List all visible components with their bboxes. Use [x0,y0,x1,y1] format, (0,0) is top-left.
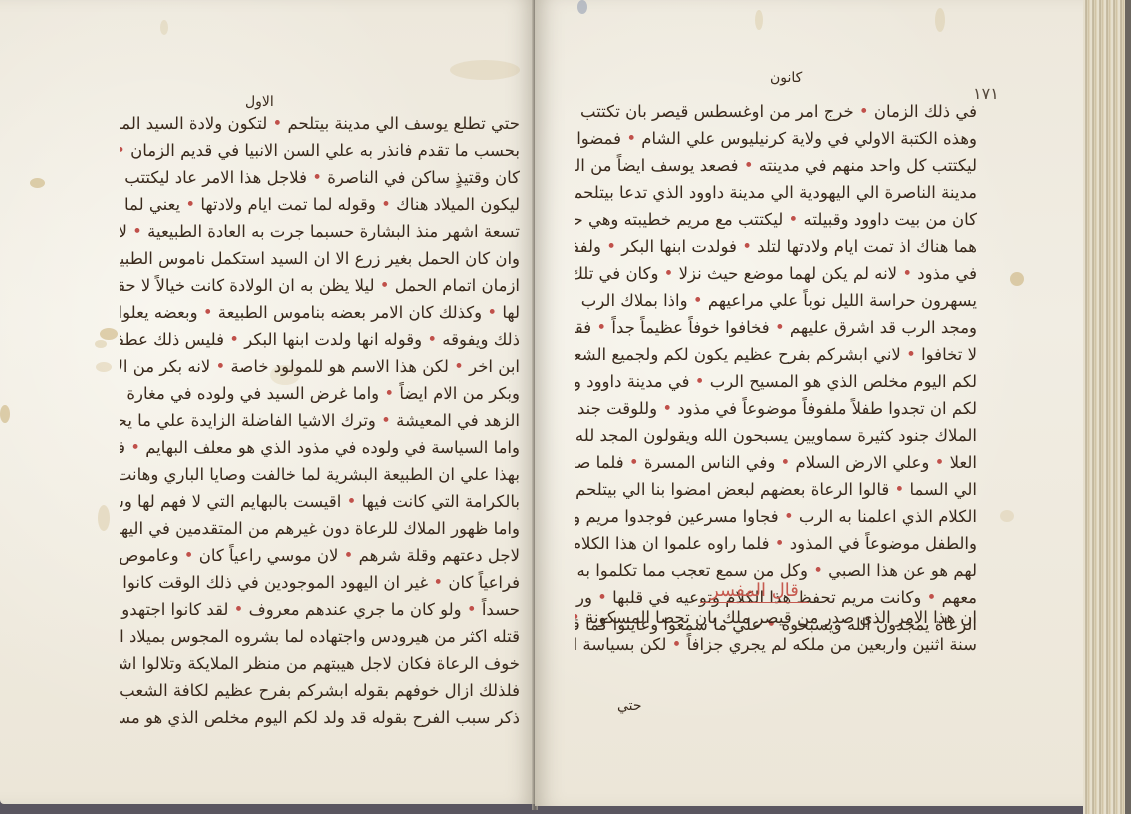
stain [755,10,763,30]
text-line: والطفل موضوعاً في المذود • فلما راوه علم… [575,530,977,557]
text-line: تسعة اشهر منذ البشارة حسبما جرت به العاد… [120,218,520,245]
right-text-block: في ذلك الزمان • خرج امر من اوغسطس قيصر ب… [575,98,977,638]
text-line: ابن اخر • لكن هذا الاسم هو للمولود خاصة … [120,353,520,380]
text-line: الكلام الذي اعلمنا به الرب • فجاوا مسرعي… [575,503,977,530]
text-line: حسداً • ولو كان ما جري عندهم معروف • لقد… [120,596,520,623]
text-line: واما السياسة في ولوده في مذود الذي هو مع… [120,434,520,461]
open-manuscript: الاول حتي تطلع يوسف الي مدينة بيتلحم • ل… [0,0,1131,814]
text-line: الزهد في المعيشة • وترك الاشيا الفاضلة ا… [120,407,520,434]
text-line: بالكرامة التي كانت فيها • اقيست بالبهايم… [120,488,520,515]
text-line: لكم ان تجدوا طفلاً ملفوفاً موضوعاً في مذ… [575,395,977,422]
text-line: ازمان اتمام الحمل • ليلا يظن به ان الولا… [120,272,520,299]
stain [1000,510,1014,522]
text-line: الي السما • قالوا الرعاة بعضهم لبعض امضو… [575,476,977,503]
stain [935,8,945,32]
left-header-word: الاول [245,94,274,110]
text-line: ليكون الميلاد هناك • وقوله لما تمت ايام … [120,191,520,218]
text-line: وبكر من الام ايضاً • واما غرض السيد في و… [120,380,520,407]
text-line: بهذا علي ان الطبيعة البشرية لما خالفت وص… [120,461,520,488]
text-line: كان من بيت داوود وقبيلته • ليكتتب مع مري… [575,206,977,233]
text-line: ذكر سبب الفرح بقوله قد ولد لكم اليوم مخل… [120,704,520,731]
text-line: ليكتتب كل واحد منهم في مدينته • فصعد يوس… [575,152,977,179]
stain [96,362,112,372]
text-line: فراعياً كان • غير ان اليهود الموجودين في… [120,569,520,596]
text-line: في مذود • لانه لم يكن لهما موضع حيث نزلا… [575,260,977,287]
stain [1010,272,1024,286]
left-page: الاول حتي تطلع يوسف الي مدينة بيتلحم • ل… [0,0,535,804]
text-line: العلا • وعلي الارض السلام • وفي الناس ال… [575,449,977,476]
text-line: لكم اليوم مخلص الذي هو المسيح الرب • في … [575,368,977,395]
text-line: خوف الرعاة فكان لاجل هيبتهم من منظر المل… [120,650,520,677]
right-header-word: كانون [770,70,802,86]
text-line: الملاك جنود كثيرة سماويين يسبحون الله وي… [575,422,977,449]
text-line: كان وقتيذٍ ساكن في الناصرة • فلاجل هذا ا… [120,164,520,191]
text-line: وهذه الكتبة الاولي في ولاية كرنيليوس علي… [575,125,977,152]
text-line: لاجل دعتهم وقلة شرهم • لان موسي راعياً ك… [120,542,520,569]
text-line: ذلك ويفوقه • وقوله انها ولدت ابنها البكر… [120,326,520,353]
page-edges [1083,0,1131,814]
text-line: لها • وكذلك كان الامر بعضه بناموس الطبيع… [120,299,520,326]
left-text-block: حتي تطلع يوسف الي مدينة بيتلحم • لتكون و… [120,110,520,731]
text-line: لا تخافوا • لاني ابشركم بفرح عظيم يكون ل… [575,341,977,368]
right-page: كانون ١٧١ في ذلك الزمان • خرج امر من اوغ… [535,0,1090,806]
stain [577,0,587,14]
stain [100,328,118,340]
stain [160,20,168,35]
commentary-block: ان هذا الامر الذي صدر من قيصر ملك بان تح… [575,604,977,658]
stain [98,505,110,531]
text-line: بحسب ما تقدم فانذر به علي السن الانبيا ف… [120,137,520,164]
text-line: ان هذا الامر الذي صدر من قيصر ملك بان تح… [575,604,977,631]
text-line: سنة اثنين واربعين من ملكه لم يجري جزافاً… [575,631,977,658]
stain [30,178,45,188]
text-line: ومجد الرب قد اشرق عليهم • فخافوا خوفاً ع… [575,314,977,341]
text-line: قتله اكثر من هيرودس واجتهاده لما بشروه ا… [120,623,520,650]
text-line: يسهرون حراسة الليل نوباً علي مراعيهم • و… [575,287,977,314]
stain [95,340,107,348]
text-line: فلذلك ازال خوفهم بقوله ابشركم بفرح عظيم … [120,677,520,704]
stain [0,405,10,423]
text-line: مدينة الناصرة الي اليهودية الي مدينة داو… [575,179,977,206]
rubric-heading: قال المفسر [700,580,809,603]
stain [450,60,520,80]
text-line: في ذلك الزمان • خرج امر من اوغسطس قيصر ب… [575,98,977,125]
text-line: وان كان الحمل بغير زرع الا ان السيد استك… [120,245,520,272]
bottom-catchword: حتي [617,698,642,714]
text-line: حتي تطلع يوسف الي مدينة بيتلحم • لتكون و… [120,110,520,137]
text-line: هما هناك اذ تمت ايام ولادتها لتلد • فولد… [575,233,977,260]
text-line: واما ظهور الملاك للرعاة دون غيرهم من الم… [120,515,520,542]
